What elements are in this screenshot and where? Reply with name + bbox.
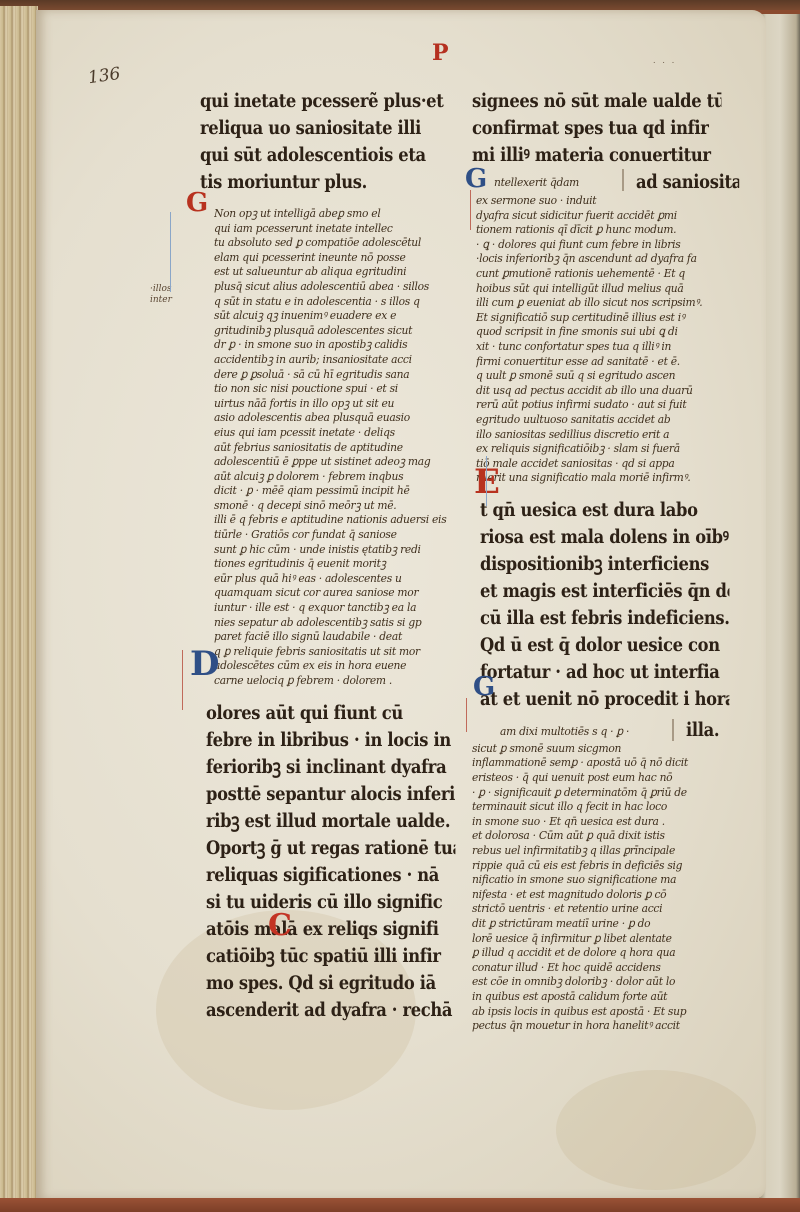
text-line: carne uelociq ꝑ febrem · dolorem . [214,673,465,688]
text-line: riosa est mala dolens in oībꝰ [480,524,729,551]
text-line: est cōe in omnibꝫ doloribꝫ · dolor aūt l… [472,974,723,989]
text-line: aūt febrius saniositatis de aptitudine [214,440,465,455]
text-line: nies sepatur ab adolescentibꝫ satis si g… [214,615,465,630]
text-line: smonē · q decepi sinō meōrꝫ ut mē. [214,498,465,513]
text-line: sūt alcuiꝫ qꝫ inuenimꝰ euadere ex e [214,308,465,323]
text-line: t qn̄ uesica est dura labo [480,497,729,524]
initial-flourish [486,456,487,506]
column-divider [622,169,624,191]
text-line: rerū aūt potius infirmi sudato · aut si … [476,397,727,412]
text-line: Non opꝫ ut intelligā abeꝑ smo el [214,206,465,221]
text-line: dyafra sicut sidicitur fuerit accidēt ꝑm… [476,208,727,223]
text-line: si tu uideris cū illo signific [206,889,455,916]
text-line: pectus q̄n mouetur in hora hanelitꝰ acci… [472,1018,723,1033]
text-line: qui inetate pcesserẽ plus·et [200,88,449,115]
text-line: elam qui pcesserint ineunte nō posse [214,250,465,265]
text-line: at et uenit nō procedit i hora [480,686,729,713]
text-line: accidentibꝫ in aurib; insaniositate acci [214,352,465,367]
text-line: firmi conuertitur esse ad sanitatē · et … [476,354,727,369]
text-line: olores aūt qui fiunt cū [206,700,455,727]
text-line: est ut salueuntur ab aliqua egritudini [214,264,465,279]
text-line: nifesta · et est magnitudo doloris ꝑ cō [472,887,723,902]
right-gloss-1-heading: ntellexerit q̄dam ad saniositatē. [472,169,734,193]
rubric-paragraph-mark: C [268,908,292,943]
initial-flourish [182,650,183,710]
text-line: ruerit una significatio mala moriē infir… [476,470,727,485]
text-line: febre in libribus · in locis in [206,727,455,754]
text-line: aūt alcuiꝫ ꝑ dolorem · febrem inqbus [214,469,465,484]
text-line: confirmat spes tua qd infir [472,115,721,142]
text-line: illo saniositas sedillius discretio erit… [476,427,727,442]
text-line: · ꝑ · significauit ꝑ determinatōm q̄ ꝑri… [472,785,723,800]
decorated-initial-blue: D [190,644,219,684]
text-line: sunt ꝑ hic cūm · unde inistis ętatibꝫ re… [214,542,465,557]
left-gloss-1: Non opꝫ ut intelligā abeꝑ smo elqui iam … [200,206,450,688]
text-line: gritudinibꝫ plusquā adolescentes sicut [214,323,465,338]
text-line: illi cum ꝑ eueniat ab illo sicut nos scr… [476,295,727,310]
text-line: dere ꝑ ꝑsoluā · sā cū hī egritudis sana [214,367,465,382]
right-text-block-2: t qn̄ uesica est dura laboriosa est mala… [472,497,734,713]
left-column: qui inetate pcesserẽ plus·etreliqua uo s… [200,88,450,1024]
text-line: egritudo uultuoso sanitatis accidet ab [476,412,727,427]
text-line: conatur illud · Et hoc quidē accidens [472,960,723,975]
text-line: hoibus sūt qui intelligūt illud melius q… [476,281,727,296]
text-line: ꝑ illud q accidit et de dolore q hora qu… [472,945,723,960]
gloss-heading-text: am dixi multotiēs s q · ꝑ · [500,724,640,739]
text-line: atōis malā ex reliqs signifi [206,916,455,943]
page-edges-left [0,6,38,1206]
text-line: paret faciē illo signū laudabile · deat [214,629,465,644]
text-line: tiūrle · Gratiōs cor fundat q̄ saniose [214,527,465,542]
text-line: sicut ꝑ smonē suum sicgmon [472,741,723,756]
text-line: terminauit sicut illo q fecit in hac loc… [472,799,723,814]
right-gloss-2-heading: am dixi multotiēs s q · ꝑ · illa. [472,719,734,741]
text-line: plusq̄ sicut alius adolescentiū abea · s… [214,279,465,294]
text-line: tionem rationis qī dīcit ꝑ hunc modum. [476,222,727,237]
page-edges-right [760,14,800,1204]
text-line: tu absoluto sed ꝑ compatiōe adolescētul [214,235,465,250]
text-line: signees nō sūt male ualde tūc [472,88,721,115]
right-text-block-1: signees nō sūt male ualde tūcconfirmat s… [472,88,734,169]
text-line: reliquas sigificationes · nā [206,862,455,889]
text-line: rippie quā cū eis est febris in deficiēs… [472,858,723,873]
text-line: qui sūt adolescentiois eta [200,142,449,169]
text-line: q uult ꝑ smonē suū q si egritudo ascen [476,368,727,383]
text-line: ex reliquis significatiōibꝫ · slam si fu… [476,441,727,456]
text-line: mo spes. Qd si egritudo iā [206,970,455,997]
text-line: tio non sic nisi pouctione spui · et si [214,381,465,396]
margin-note-line: inter [150,295,172,306]
running-head: P [432,40,449,66]
text-line: rebus uel infirmitatibꝫ q illas ꝑrīncipa… [472,843,723,858]
text-line: dr ꝑ · in smone suo in apostibꝫ calidis [214,337,465,352]
text-line: q ꝑ reliquie febris saniositatis ut sit … [214,644,465,659]
text-line: iuntur · ille est · q exquor tanctibꝫ ea… [214,600,465,615]
text-line: dit usq ad pectus accidit ab illo una du… [476,383,727,398]
text-line: tiones egritudinis q̄ euenit moritꝫ [214,556,465,571]
text-line: ascenderit ad dyafra · rechā [206,997,455,1024]
text-line: eius qui iam pcessit inetate · deliqs [214,425,465,440]
text-line: fortatur · ad hoc ut interfia [480,659,729,686]
decorated-initial-red: G [186,188,208,218]
margin-note-line: ·illos [150,284,172,295]
text-line: dicit · ꝑ · mēē qiam pessimū incipit hē [214,483,465,498]
gloss-heading-text: ntellexerit q̄dam [494,175,606,190]
text-line: lorē uesice q̄ infirmitur ꝑ libet alenta… [472,931,723,946]
corner-note: ˙ ˙ ˙ [652,62,676,72]
initial-flourish [170,212,171,292]
text-line: dit ꝑ strictūram meatiī urine · ꝑ do [472,916,723,931]
text-line: Oportꝫ ḡ ut regas rationē tua [206,835,455,862]
initial-flourish [470,190,471,230]
text-line: Qd ū est q̄ dolor uesice con [480,632,729,659]
initial-flourish [466,698,467,732]
text-line: ex sermone suo · induit [476,193,727,208]
text-line: Et significatiō sup certitudinē illius e… [476,310,727,325]
decorated-initial-blue: G [465,164,487,194]
book-cover-top [0,0,800,10]
text-line: adolescentiū ē ꝑppe ut sistinet adeoꝫ ma… [214,454,465,469]
gloss-heading-text: ad saniositatē. [636,169,739,196]
text-line: q sūt in statu e in adolescentia · s ill… [214,294,465,309]
text-line: ab ipsis locis in quibus est apostā · Et… [472,1004,723,1019]
text-line: xit · tunc confortatur spes tua q illiꝰ … [476,339,727,354]
text-line: · ꝗ · dolores qui fiunt cum febre in lib… [476,237,727,252]
text-line: posttē sepantur alocis inferio [206,781,455,808]
text-line: uirtus nāā fortis in illo opꝫ ut sit eu [214,396,465,411]
text-line: in quibus est apostā calidum forte aūt [472,989,723,1004]
text-line: dispositionibꝫ interficiens [480,551,729,578]
text-line: qui iam pcesserunt inetate intellec [214,221,465,236]
water-stain [556,1070,756,1190]
text-line: cū illa est febris indeficiens. [480,605,729,632]
text-line: asio adolescentis abea plusquā euasio [214,410,465,425]
text-line: ferioribꝫ si inclinant dyafra [206,754,455,781]
right-column: signees nō sūt male ualde tūcconfirmat s… [472,88,734,1033]
right-gloss-1: ex sermone suo · induitdyafra sicut sidi… [472,193,734,485]
text-line: eristeos · q̄ qui uenuit post eum hac nō [472,770,723,785]
right-gloss-2: sicut ꝑ smonē suum sicgmoninflammationē … [472,741,734,1033]
text-line: eūr plus quā hiꝰ eas · adolescentes u [214,571,465,586]
gloss-heading-text: illa. [686,717,738,744]
text-line: mi illiꝰ materia conuertitur [472,142,721,169]
text-line: quamquam sicut cor aurea saniose mor [214,585,465,600]
left-text-block-1: qui inetate pcesserẽ plus·etreliqua uo s… [200,88,450,196]
text-line: et dolorosa · Cūm aūt ꝑ quā dixit istis [472,828,723,843]
text-line: nificatio in smone suo significatione ma [472,872,723,887]
book-cover-bottom [0,1198,800,1212]
margin-note: ·illos inter [150,284,172,306]
text-line: ribꝫ est illud mortale ualde. [206,808,455,835]
text-line: illi ē q febris e aptitudine nationis ad… [214,512,465,527]
column-divider [672,719,674,741]
text-line: catiōibꝫ tūc spatiū illi infir [206,943,455,970]
text-line: inflammationē semꝑ · apostā uō q̄ nō dic… [472,755,723,770]
text-line: cunt ꝑmutionē rationis uehementē · Et q [476,266,727,281]
text-line: quod scripsit in fine smonis sui ubi ꝗ d… [476,324,727,339]
text-line: et magis est interficiēs q̄n do [480,578,729,605]
text-line: adolescētes cūm ex eis in hora euene [214,658,465,673]
text-line: ·locis inferioribꝫ q̄n ascendunt ad dyaf… [476,251,727,266]
text-line: reliqua uo saniositate illi [200,115,449,142]
text-line: tis moriuntur plus. [200,169,449,196]
text-line: strictō uentris · et retentio urine acci [472,901,723,916]
text-line: in smone suo · Et qn̄ uesica est dura . [472,814,723,829]
left-text-block-2: olores aūt qui fiunt cūfebre in libribus… [200,700,450,1024]
text-line: tiō male accidet saniositas · qd si appa [476,456,727,471]
decorated-initial-blue: G [473,672,495,702]
